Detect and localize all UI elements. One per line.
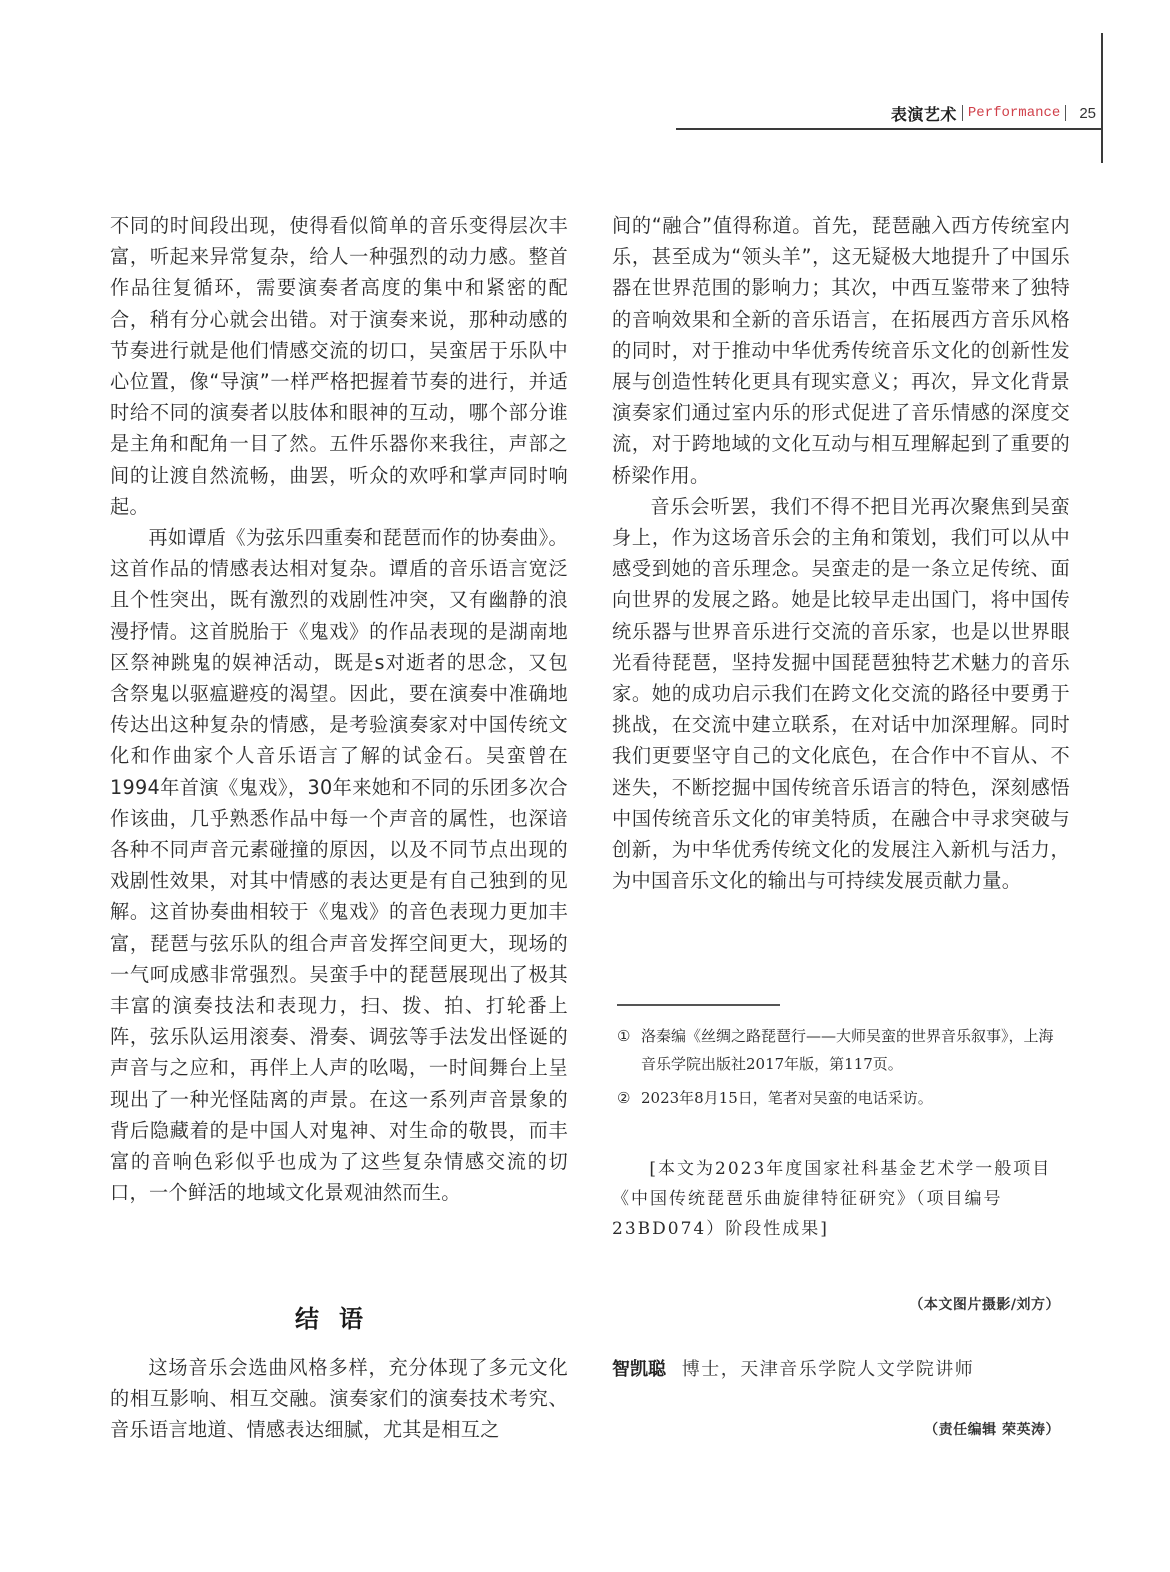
body-paragraph: 不同的时间段出现，使得看似简单的音乐变得层次丰富，听起来异常复杂，给人一种强烈的… bbox=[110, 210, 568, 522]
footnote: ① 洛秦编《丝绸之路琵琶行——大师吴蛮的世界音乐叙事》，上海音乐学院出版社201… bbox=[617, 1022, 1067, 1078]
section-title: 表演艺术 bbox=[891, 102, 957, 125]
conclusion-body: 这场音乐会选曲风格多样，充分体现了多元文化的相互影响、相互交融。演奏家们的演奏技… bbox=[110, 1352, 568, 1446]
footnote-text: 洛秦编《丝绸之路琵琶行——大师吴蛮的世界音乐叙事》，上海音乐学院出版社2017年… bbox=[641, 1022, 1067, 1078]
body-paragraph: 再如谭盾《为弦乐四重奏和琵琶而作的协奏曲》。这首作品的情感表达相对复杂。谭盾的音… bbox=[110, 522, 568, 1208]
footnote: ② 2023年8月15日，笔者对吴蛮的电话采访。 bbox=[617, 1084, 1067, 1112]
author-name: 智凯聪 bbox=[612, 1359, 666, 1380]
editor-credit: （责任编辑 荣英涛） bbox=[924, 1419, 1060, 1439]
footnote-marker: ② bbox=[617, 1084, 641, 1112]
page-number: 25 bbox=[1079, 105, 1096, 122]
footnotes: ① 洛秦编《丝绸之路琵琶行——大师吴蛮的世界音乐叙事》，上海音乐学院出版社201… bbox=[617, 1022, 1067, 1112]
funding-note: [本文为2023年度国家社科基金艺术学一般项目《中国传统琵琶乐曲旋律特征研究》（… bbox=[612, 1154, 1068, 1244]
header-divider bbox=[1065, 105, 1066, 121]
section-heading-conclusion: 结语 bbox=[110, 1301, 568, 1337]
body-paragraph: 间的“融合”值得称道。首先，琵琶融入西方传统室内乐，甚至成为“领头羊”，这无疑极… bbox=[612, 210, 1070, 491]
photo-credit: （本文图片摄影/刘方） bbox=[909, 1294, 1060, 1314]
footnote-text: 2023年8月15日，笔者对吴蛮的电话采访。 bbox=[641, 1084, 1067, 1112]
right-column: 间的“融合”值得称道。首先，琵琶融入西方传统室内乐，甚至成为“领头羊”，这无疑极… bbox=[612, 210, 1070, 896]
header-horizontal-rule bbox=[676, 128, 1102, 130]
body-paragraph: 这场音乐会选曲风格多样，充分体现了多元文化的相互影响、相互交融。演奏家们的演奏技… bbox=[110, 1352, 568, 1446]
header-divider bbox=[962, 105, 963, 121]
left-column: 不同的时间段出现，使得看似简单的音乐变得层次丰富，听起来异常复杂，给人一种强烈的… bbox=[110, 210, 568, 1209]
footnote-marker: ① bbox=[617, 1022, 641, 1078]
page-edge-vertical-rule bbox=[1101, 33, 1103, 163]
body-paragraph: 音乐会听罢，我们不得不把目光再次聚焦到吴蛮身上，作为这场音乐会的主角和策划，我们… bbox=[612, 491, 1070, 897]
running-header: 表演艺术 Performance 25 bbox=[891, 101, 1096, 125]
footnote-separator bbox=[617, 1004, 780, 1006]
author-affiliation: 博士，天津音乐学院人文学院讲师 bbox=[682, 1359, 975, 1380]
section-title-english: Performance bbox=[968, 105, 1060, 121]
author-bio-line: 智凯聪 博士，天津音乐学院人文学院讲师 bbox=[612, 1355, 974, 1381]
